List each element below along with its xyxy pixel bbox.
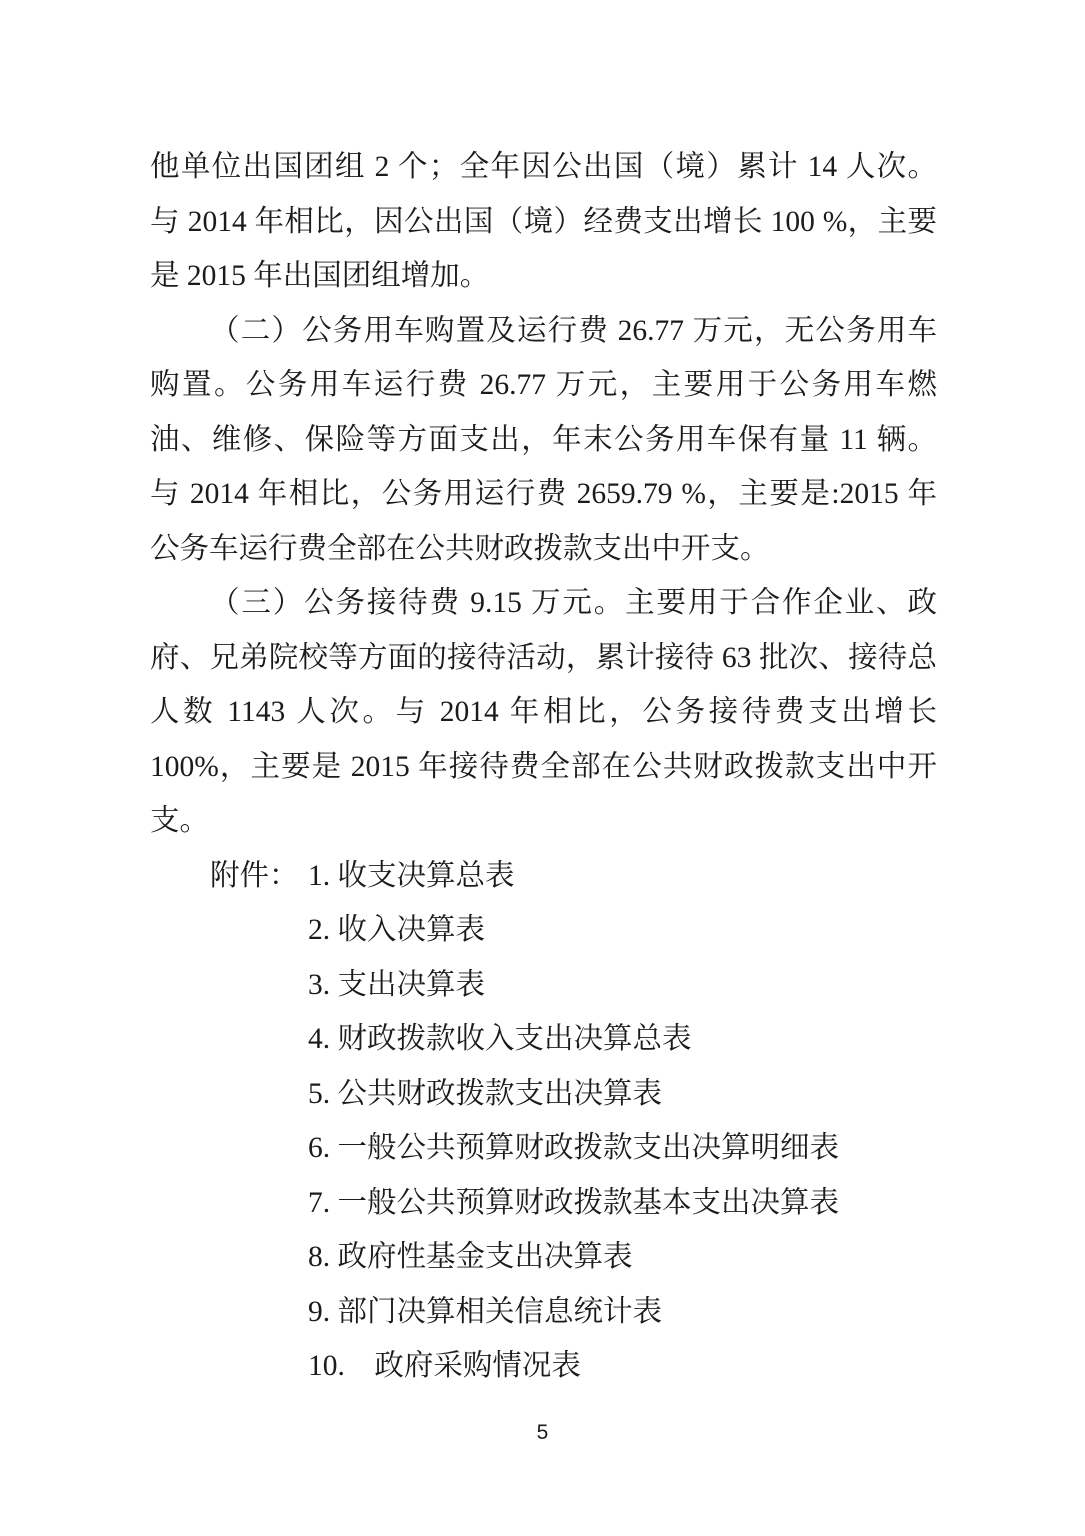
text-line: 府、兄弟院校等方面的接待活动，累计接待 63 批次、接待总 (150, 631, 937, 686)
text-line: 公务车运行费全部在公共财政拨款支出中开支。 (150, 522, 937, 577)
attachments-label: 附件： (210, 849, 308, 904)
attachments-line: 附件：1. 收支决算总表 (150, 849, 937, 904)
attachment-item: 1. 收支决算总表 (308, 860, 515, 892)
page-number: 5 (0, 1418, 1085, 1448)
attachment-item: 10. 政府采购情况表 (150, 1339, 937, 1394)
attachment-item: 7. 一般公共预算财政拨款基本支出决算表 (150, 1176, 937, 1231)
attachment-item: 9. 部门决算相关信息统计表 (150, 1285, 937, 1340)
attachment-item: 8. 政府性基金支出决算表 (150, 1230, 937, 1285)
attachment-item: 2. 收入决算表 (150, 903, 937, 958)
text-line: 油、维修、保险等方面支出，年末公务用车保有量 11 辆。 (150, 413, 937, 468)
document-page: 他单位出国团组 2 个；全年因公出国（境）累计 14 人次。 与 2014 年相… (150, 140, 937, 1394)
text-line: 与 2014 年相比，公务用运行费 2659.79 %，主要是:2015 年 (150, 467, 937, 522)
attachment-item: 5. 公共财政拨款支出决算表 (150, 1067, 937, 1122)
text-line: 与 2014 年相比，因公出国（境）经费支出增长 100 %，主要 (150, 195, 937, 250)
text-line: （二）公务用车购置及运行费 26.77 万元，无公务用车 (150, 304, 937, 359)
text-line: 支。 (150, 794, 937, 849)
text-line: （三）公务接待费 9.15 万元。主要用于合作企业、政 (150, 576, 937, 631)
attachment-item: 3. 支出决算表 (150, 958, 937, 1013)
attachment-item: 6. 一般公共预算财政拨款支出决算明细表 (150, 1121, 937, 1176)
text-line: 是 2015 年出国团组增加。 (150, 249, 937, 304)
text-line: 100%，主要是 2015 年接待费全部在公共财政拨款支出中开 (150, 740, 937, 795)
text-line: 他单位出国团组 2 个；全年因公出国（境）累计 14 人次。 (150, 140, 937, 195)
attachment-item: 4. 财政拨款收入支出决算总表 (150, 1012, 937, 1067)
text-line: 购置。公务用车运行费 26.77 万元，主要用于公务用车燃 (150, 358, 937, 413)
text-line: 人数 1143 人次。与 2014 年相比，公务接待费支出增长 (150, 685, 937, 740)
